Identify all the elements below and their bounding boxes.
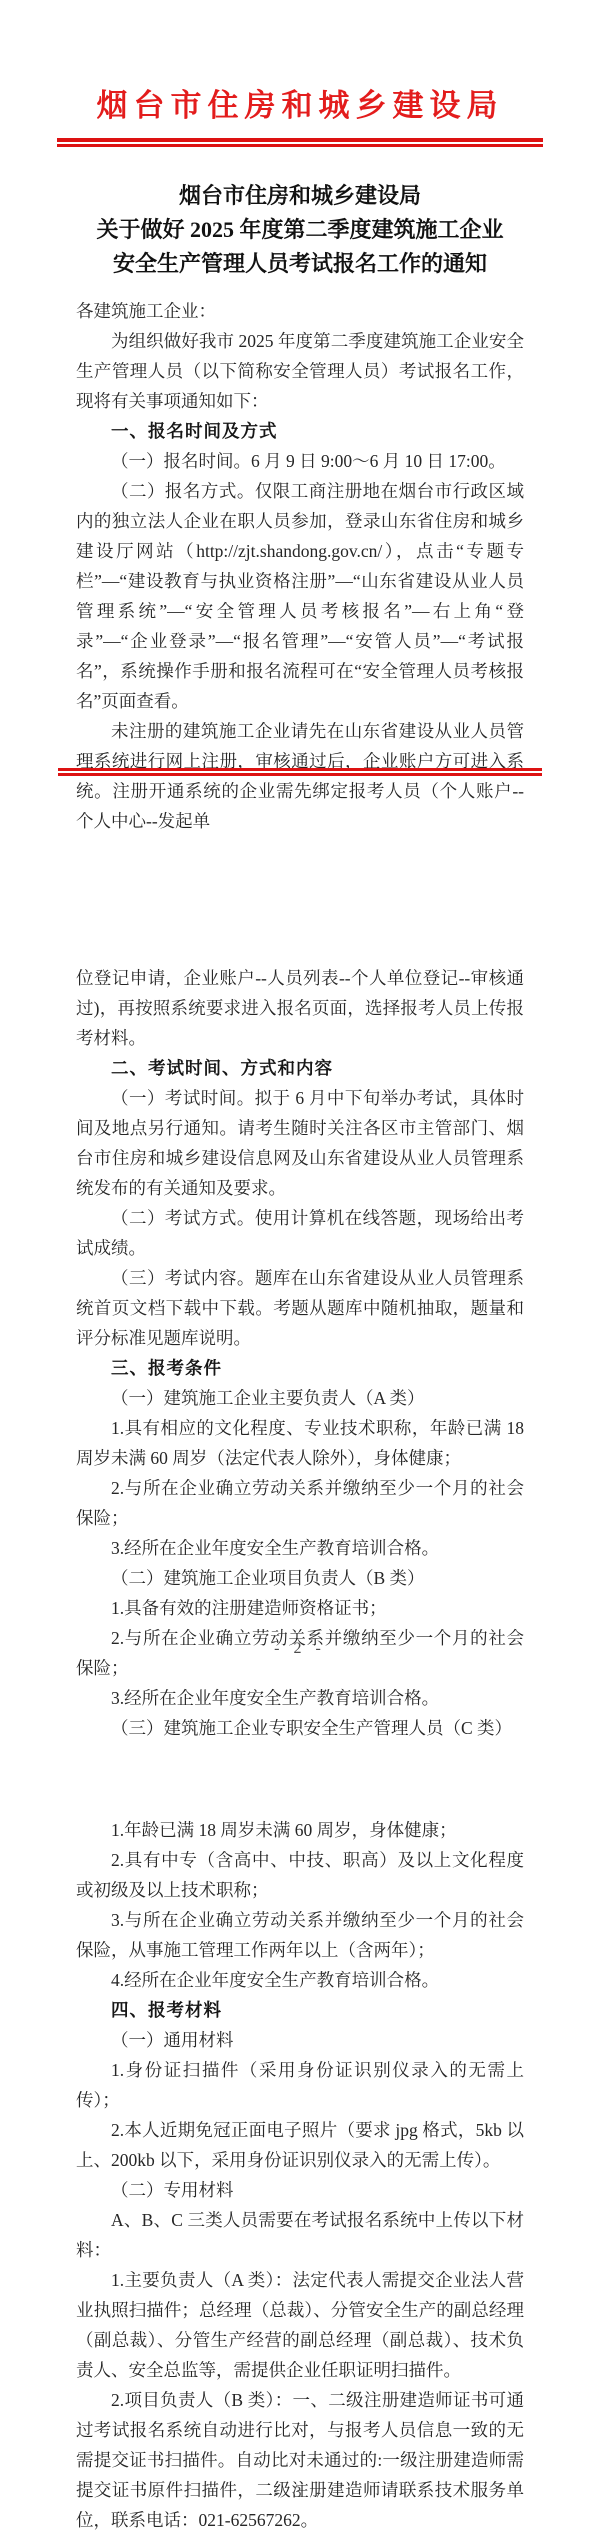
paragraph-exam-time: （一）考试时间。拟于 6 月中下旬举办考试，具体时间及地点另行通知。请考生随时关… [76, 1083, 524, 1203]
list-item: 1.年龄已满 18 周岁未满 60 周岁，身体健康； [76, 1815, 524, 1845]
list-item: 4.经所在企业年度安全生产教育培训合格。 [76, 1965, 524, 1995]
subheading-class-a: （一）建筑施工企业主要负责人（A 类） [76, 1383, 524, 1413]
paragraph-class-a-materials: 1.主要负责人（A 类）：法定代表人需提交企业法人营业执照扫描件；总经理（总裁）… [76, 2265, 524, 2385]
paragraph-exam-content: （三）考试内容。题库在山东省建设从业人员管理系统首页文档下载中下载。考题从题库中… [76, 1263, 524, 1353]
document-page-2: 位登记申请，企业账户--人员列表--个人单位登记--审核通过)，再按照系统要求进… [0, 958, 600, 1700]
list-item: 3.与所在企业确立劳动关系并缴纳至少一个月的社会保险，从事施工管理工作两年以上（… [76, 1905, 524, 1965]
paragraph-continuation: 位登记申请，企业账户--人员列表--个人单位登记--审核通过)，再按照系统要求进… [76, 963, 524, 1053]
list-item: 3.经所在企业年度安全生产教育培训合格。 [76, 1533, 524, 1563]
page-2-body: 位登记申请，企业账户--人员列表--个人单位登记--审核通过)，再按照系统要求进… [0, 963, 600, 1743]
document-title-line-2: 关于做好 2025 年度第二季度建筑施工企业 [0, 213, 600, 247]
letterhead-double-rule [57, 138, 543, 147]
salutation: 各建筑施工企业： [76, 296, 524, 326]
notice-document: 烟台市住房和城乡建设局 烟台市住房和城乡建设局 关于做好 2025 年度第二季度… [0, 0, 600, 2544]
paragraph-registration-time: （一）报名时间。6 月 9 日 9:00～6 月 10 日 17:00。 [76, 446, 524, 476]
section-heading-1: 一、报名时间及方式 [76, 416, 524, 446]
list-item: 1.具备有效的注册建造师资格证书； [76, 1593, 524, 1623]
paragraph-class-b-materials: 2.项目负责人（B 类）：一、二级注册建造师证书可通过考试报名系统自动进行比对，… [76, 2385, 524, 2535]
paragraph-intro: 为组织做好我市 2025 年度第二季度建筑施工企业安全生产管理人员（以下简称安全… [76, 326, 524, 416]
page-1-footer-double-rule [58, 768, 542, 776]
section-heading-3: 三、报考条件 [76, 1353, 524, 1383]
paragraph-registration-method: （二）报名方式。仅限工商注册地在烟台市行政区域内的独立法人企业在职人员参加，登录… [76, 476, 524, 716]
list-item: 2.具有中专（含高中、中技、职高）及以上文化程度或初级及以上技术职称； [76, 1845, 524, 1905]
subheading-special-materials: （二）专用材料 [76, 2175, 524, 2205]
list-item: 3.经所在企业年度安全生产教育培训合格。 [76, 1683, 524, 1713]
subheading-class-c: （三）建筑施工企业专职安全生产管理人员（C 类） [76, 1713, 524, 1743]
page-1-body: 各建筑施工企业： 为组织做好我市 2025 年度第二季度建筑施工企业安全生产管理… [0, 296, 600, 836]
list-item: 1.身份证扫描件（采用身份证识别仪录入的无需上传）； [76, 2055, 524, 2115]
letterhead-agency-title: 烟台市住房和城乡建设局 [0, 0, 600, 126]
document-title-line-3: 安全生产管理人员考试报名工作的通知 [0, 247, 600, 281]
paragraph-unregistered-enterprises: 未注册的建筑施工企业请先在山东省建设从业人员管理系统进行网上注册，审核通过后，企… [76, 716, 524, 836]
list-item: 2.本人近期免冠正面电子照片（要求 jpg 格式，5kb 以上、200kb 以下… [76, 2115, 524, 2175]
document-page-3: 1.年龄已满 18 周岁未满 60 周岁，身体健康； 2.具有中专（含高中、中技… [0, 1810, 600, 2544]
paragraph-abc-materials: A、B、C 三类人员需要在考试报名系统中上传以下材料： [76, 2205, 524, 2265]
section-heading-4: 四、报考材料 [76, 1995, 524, 2025]
list-item: 2.与所在企业确立劳动关系并缴纳至少一个月的社会保险； [76, 1473, 524, 1533]
document-title: 烟台市住房和城乡建设局 关于做好 2025 年度第二季度建筑施工企业 安全生产管… [0, 179, 600, 281]
document-page-1: 烟台市住房和城乡建设局 烟台市住房和城乡建设局 关于做好 2025 年度第二季度… [0, 0, 600, 780]
page-number-3: - 3 - [0, 2484, 600, 2502]
section-heading-2: 二、考试时间、方式和内容 [76, 1053, 524, 1083]
subheading-class-b: （二）建筑施工企业项目负责人（B 类） [76, 1563, 524, 1593]
list-item: 1.具有相应的文化程度、专业技术职称，年龄已满 18 周岁未满 60 周岁（法定… [76, 1413, 524, 1473]
paragraph-exam-method: （二）考试方式。使用计算机在线答题，现场给出考试成绩。 [76, 1203, 524, 1263]
document-title-line-1: 烟台市住房和城乡建设局 [0, 179, 600, 213]
page-3-body: 1.年龄已满 18 周岁未满 60 周岁，身体健康； 2.具有中专（含高中、中技… [0, 1815, 600, 2535]
subheading-general-materials: （一）通用材料 [76, 2025, 524, 2055]
page-number-2: - 2 - [0, 1640, 600, 1658]
